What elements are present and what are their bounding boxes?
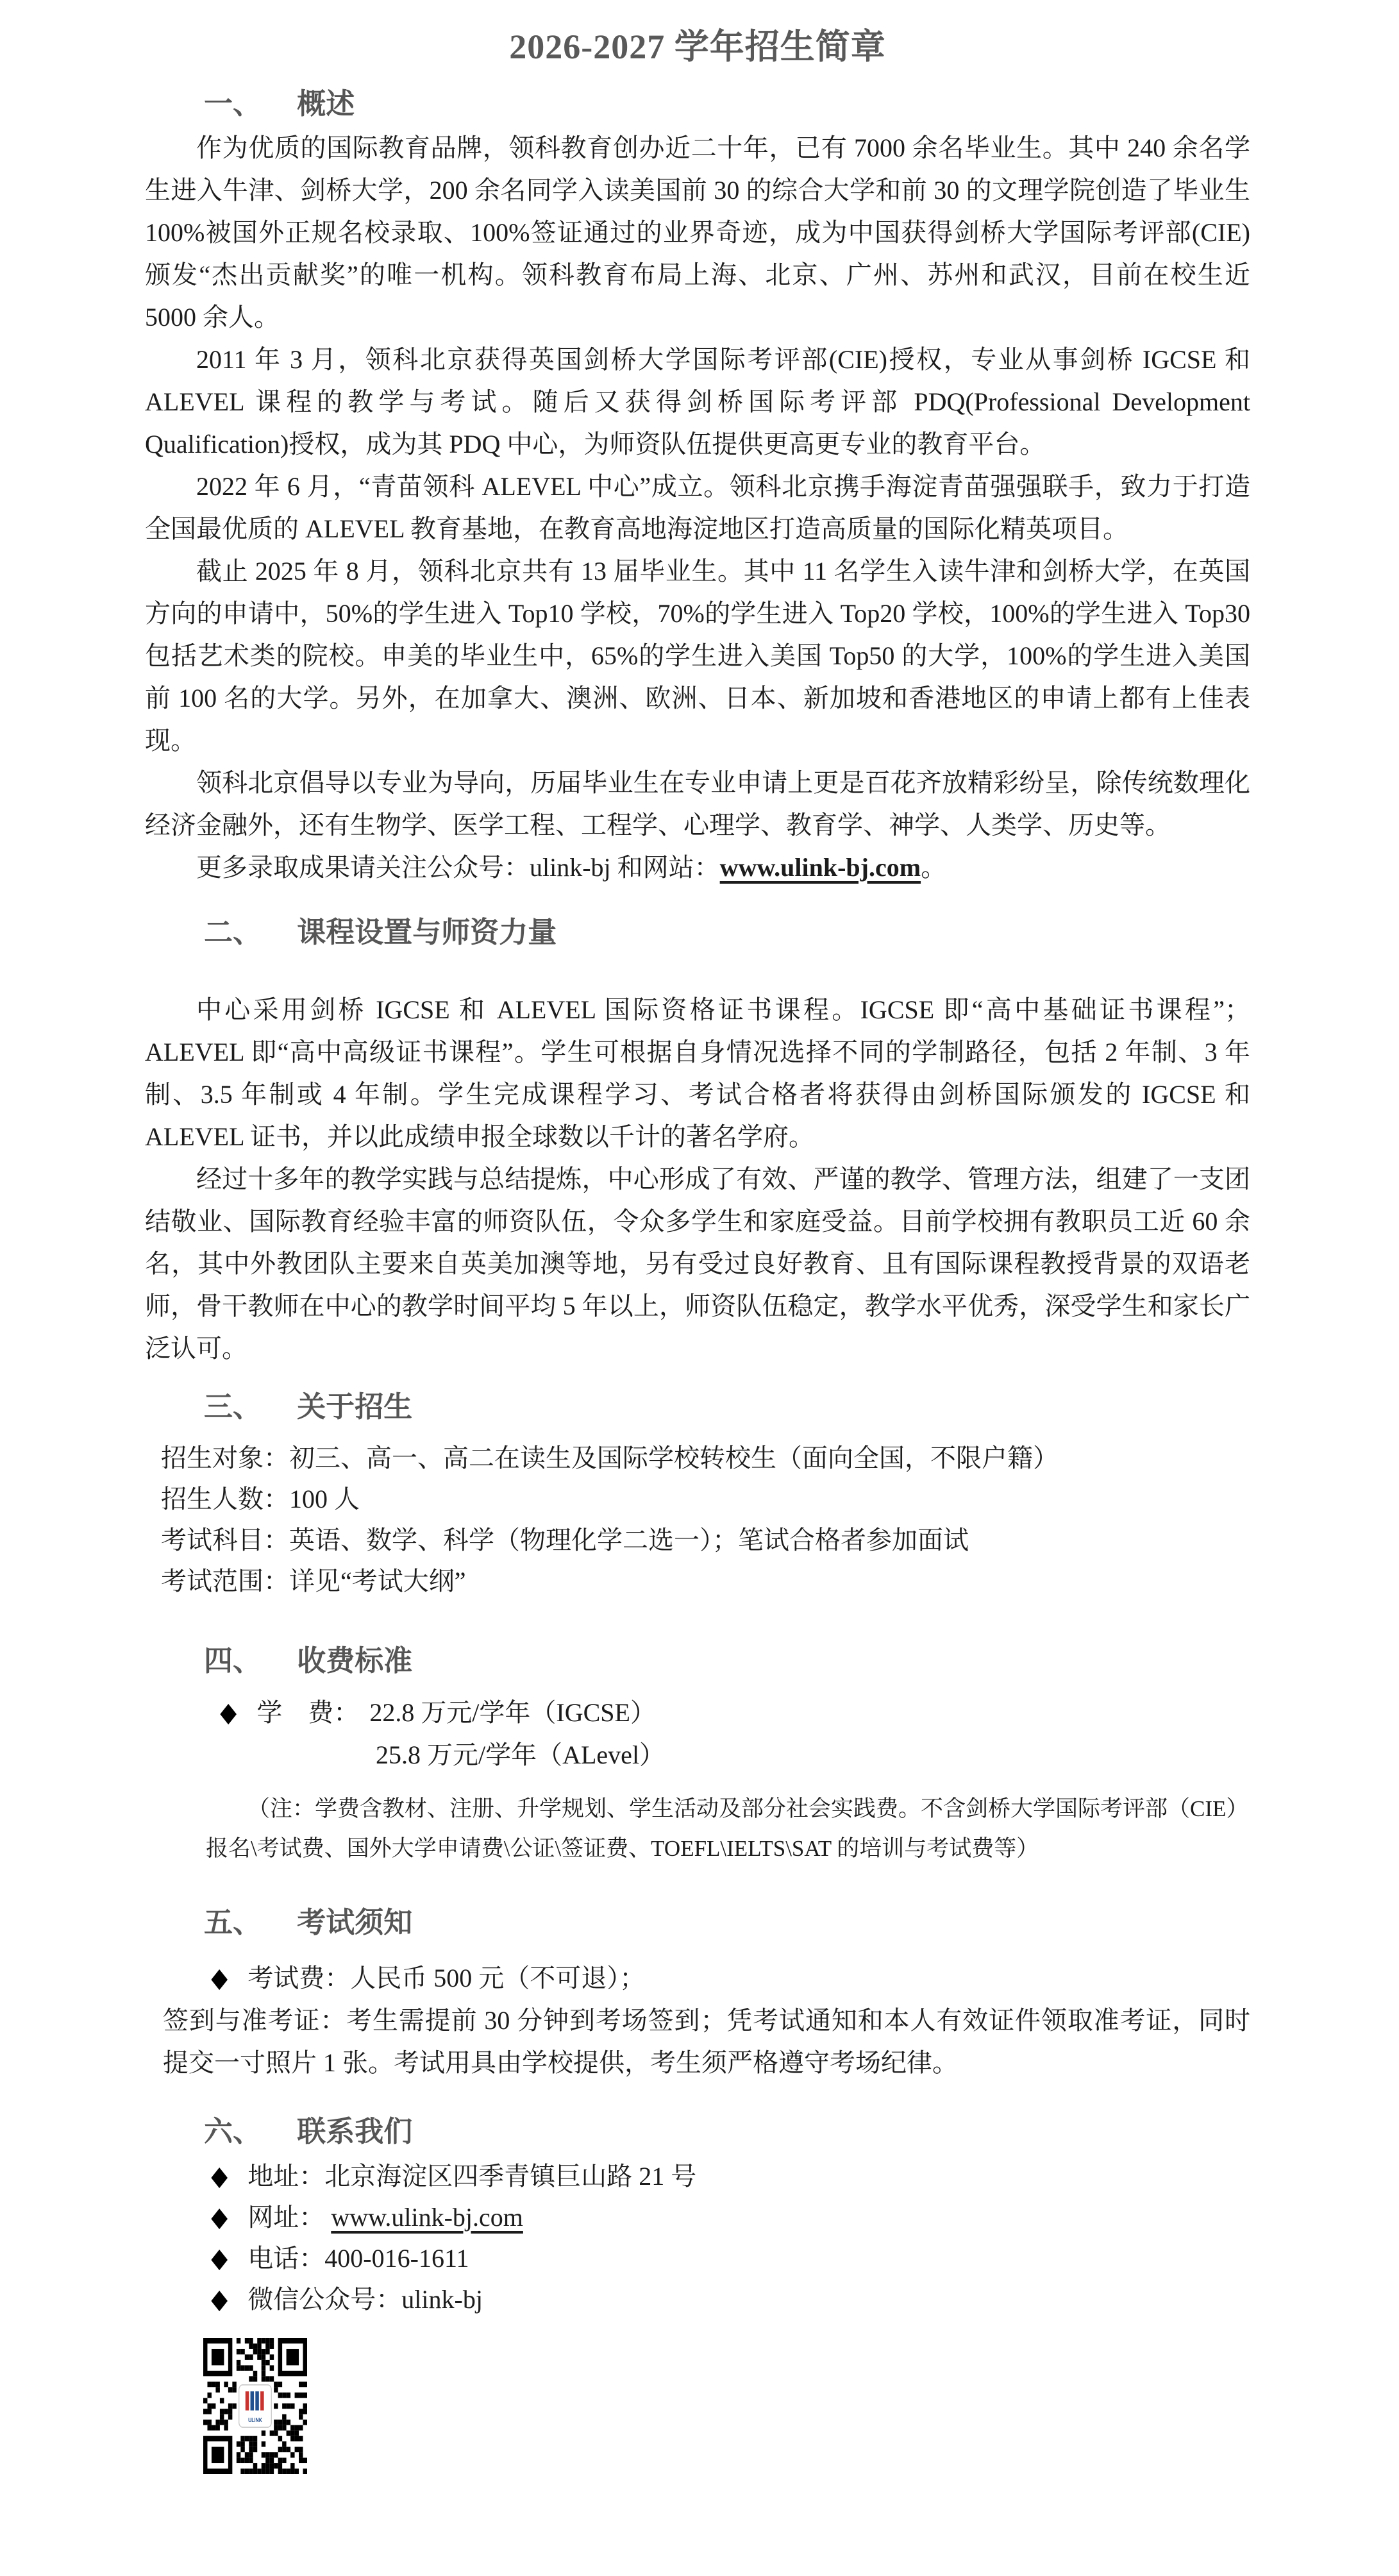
fees-note: （注：学费含教材、注册、升学规划、学生活动及部分社会实践费。不含剑桥大学国际考评… (145, 1789, 1250, 1869)
contact-wechat: 微信公众号：ulink-bj (247, 2285, 483, 2314)
more-results-text: 更多录取成果请关注公众号：ulink-bj 和网站： (196, 853, 720, 882)
overview-paragraph-2: 2011 年 3 月，领科北京获得英国剑桥大学国际考评部(CIE)授权，专业从事… (145, 339, 1250, 466)
website-link[interactable]: www.ulink-bj.com (331, 2203, 523, 2232)
section-title: 关于招生 (297, 1391, 412, 1423)
ulink-logo-icon: ULINK (239, 2385, 272, 2427)
qr-finder-top-left (203, 2338, 232, 2376)
qr-finder-top-right (278, 2338, 307, 2376)
diamond-bullet-icon: ◆ (211, 2197, 228, 2238)
overview-paragraph-1: 作为优质的国际教育品牌，领科教育创办近二十年，已有 7000 余名毕业生。其中 … (145, 127, 1250, 339)
admissions-subjects-item: 考试科目：英语、数学、科学（物理化学二选一）；笔试合格者参加面试 (145, 1520, 1250, 1561)
diamond-bullet-icon: ◆ (211, 2238, 228, 2279)
admissions-quota-item: 招生人数：100 人 (145, 1479, 1250, 1520)
section-title: 联系我们 (297, 2116, 412, 2148)
fees-note-line-2: 报名\考试费、国外大学申请费\公证\签证费、TOEFL\IELTS\SAT 的培… (145, 1829, 1250, 1869)
qrcode-svg: ULINK (203, 2338, 307, 2474)
admissions-scope-item: 考试范围：详见“考试大纲” (145, 1561, 1250, 1602)
section-contact: 六、 联系我们 ◆ 地址：北京海淀区四季青镇巨山路 21 号 ◆ 网址： www… (145, 2114, 1250, 2320)
section-number: 五、 (204, 1905, 262, 1940)
curriculum-paragraph-1: 中心采用剑桥 IGCSE 和 ALEVEL 国际资格证书课程。IGCSE 即“高… (145, 989, 1250, 1158)
ulink-logo-text: ULINK (248, 2416, 262, 2423)
tuition-igcse-value: 22.8 万元/学年（IGCSE） (369, 1698, 656, 1727)
contact-phone-line: ◆ 电话：400-016-1611 (145, 2238, 1250, 2279)
overview-paragraph-4: 截止 2025 年 8 月，领科北京共有 13 届毕业生。其中 11 名学生入读… (145, 550, 1250, 762)
tuition-label: 学 费： (256, 1692, 359, 1734)
section-title: 课程设置与师资力量 (297, 916, 557, 948)
section-number: 一、 (204, 86, 262, 122)
overview-paragraph-5: 领科北京倡导以专业为导向，历届毕业生在专业申请上更是百花齐放精彩纷呈，除传统数理… (145, 762, 1250, 846)
section-fees-heading: 四、 收费标准 (145, 1643, 1250, 1679)
overview-paragraph-3: 2022 年 6 月，“青苗领科 ALEVEL 中心”成立。领科北京携手海淀青苗… (145, 466, 1250, 550)
section-admissions: 三、 关于招生 招生对象：初三、高一、高二在读生及国际学校转校生（面向全国，不限… (145, 1389, 1250, 1602)
diamond-bullet-icon: ◆ (211, 2279, 228, 2320)
section-title: 收费标准 (297, 1645, 412, 1677)
curriculum-paragraph-2: 经过十多年的教学实践与总结提炼，中心形成了有效、严谨的教学、管理方法，组建了一支… (145, 1158, 1250, 1370)
contact-address: 地址：北京海淀区四季青镇巨山路 21 号 (247, 2162, 696, 2191)
section-curriculum-heading: 二、 课程设置与师资力量 (145, 914, 1250, 950)
section-curriculum: 二、 课程设置与师资力量 中心采用剑桥 IGCSE 和 ALEVEL 国际资格证… (145, 914, 1250, 1370)
section-overview: 一、 概述 作为优质的国际教育品牌，领科教育创办近二十年，已有 7000 余名毕… (145, 86, 1250, 889)
exam-fee-text: 考试费：人民币 500 元（不可退）； (247, 1964, 645, 1992)
fees-note-line-1: （注：学费含教材、注册、升学规划、学生活动及部分社会实践费。不含剑桥大学国际考评… (145, 1789, 1250, 1829)
more-results-line: 更多录取成果请关注公众号：ulink-bj 和网站：www.ulink-bj.c… (145, 846, 1250, 889)
section-title: 概述 (297, 88, 355, 120)
section-number: 六、 (204, 2114, 262, 2150)
diamond-bullet-icon: ◆ (211, 2156, 228, 2197)
section-number: 三、 (204, 1389, 262, 1425)
diamond-bullet-icon: ◆ (211, 1957, 228, 1999)
section-exam-notes: 五、 考试须知 ◆ 考试费：人民币 500 元（不可退）； 签到与准考证：考生需… (145, 1905, 1250, 2084)
section-title: 考试须知 (297, 1907, 412, 1939)
section-admissions-heading: 三、 关于招生 (145, 1389, 1250, 1425)
contact-website-label: 网址： (247, 2203, 324, 2232)
qr-finder-bottom-left (203, 2436, 232, 2474)
contact-website-line: ◆ 网址： www.ulink-bj.com (145, 2197, 1250, 2238)
section-contact-heading: 六、 联系我们 (145, 2114, 1250, 2150)
contact-address-line: ◆ 地址：北京海淀区四季青镇巨山路 21 号 (145, 2156, 1250, 2197)
contact-wechat-line: ◆ 微信公众号：ulink-bj (145, 2279, 1250, 2320)
more-results-suffix: 。 (921, 853, 946, 882)
exam-signin-paragraph: 签到与准考证：考生需提前 30 分钟到考场签到；凭考试通知和本人有效证件领取准考… (145, 1999, 1250, 2084)
section-fees: 四、 收费标准 ◆ 学 费： 22.8 万元/学年（IGCSE） 25.8 万元… (145, 1643, 1250, 1869)
admissions-target-item: 招生对象：初三、高一、高二在读生及国际学校转校生（面向全国，不限户籍） (145, 1438, 1250, 1479)
tuition-alevel-value: 25.8 万元/学年（ALevel） (145, 1734, 1250, 1776)
diamond-bullet-icon: ◆ (220, 1692, 237, 1734)
section-overview-heading: 一、 概述 (145, 86, 1250, 122)
tuition-fee-line: ◆ 学 费： 22.8 万元/学年（IGCSE） (145, 1692, 1250, 1734)
wechat-qrcode-image: ULINK (203, 2338, 307, 2474)
section-number: 四、 (204, 1643, 262, 1679)
admissions-brochure: 2026-2027 学年招生简章 一、 概述 作为优质的国际教育品牌，领科教育创… (145, 24, 1250, 2474)
contact-phone: 电话：400-016-1611 (247, 2244, 469, 2273)
section-number: 二、 (204, 914, 262, 950)
page-title: 2026-2027 学年招生简章 (145, 24, 1250, 69)
website-link[interactable]: www.ulink-bj.com (720, 853, 921, 882)
section-exam-heading: 五、 考试须知 (145, 1905, 1250, 1940)
exam-fee-line: ◆ 考试费：人民币 500 元（不可退）； (145, 1957, 1250, 1999)
